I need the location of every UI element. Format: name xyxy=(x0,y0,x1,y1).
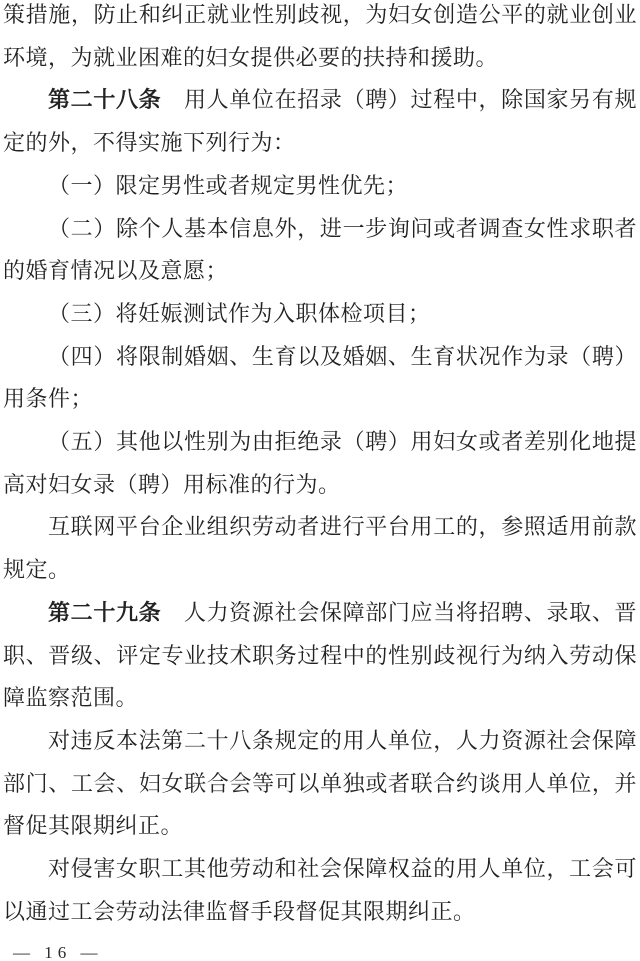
text-segment: 高对妇女录（聘）用标准的行为。 xyxy=(3,472,341,497)
text-line: （三）将妊娠测试作为入职体检项目； xyxy=(3,293,637,336)
text-line: 对违反本法第二十八条规定的用人单位，人力资源社会保障 xyxy=(3,720,637,763)
text-segment: 部门、工会、妇女联合会等可以单独或者联合约谈用人单位，并 xyxy=(3,771,637,796)
text-segment: 人力资源社会保障部门应当将招聘、录取、晋 xyxy=(161,600,637,625)
text-segment: 督促其限期纠正。 xyxy=(3,813,183,838)
text-line: 督促其限期纠正。 xyxy=(3,805,637,848)
article-number-heading: 第二十八条 xyxy=(48,87,161,112)
text-segment: 以通过工会劳动法律监督手段督促其限期纠正。 xyxy=(3,899,476,924)
text-segment: （五）其他以性别为由拒绝录（聘）用妇女或者差别化地提 xyxy=(48,429,637,454)
text-line: 第二十八条 用人单位在招录（聘）过程中，除国家另有规 xyxy=(3,79,637,122)
text-segment: 策措施，防止和纠正就业性别歧视，为妇女创造公平的就业创业 xyxy=(3,2,637,27)
text-segment: （四）将限制婚姻、生育以及婚姻、生育状况作为录（聘） xyxy=(48,344,637,369)
text-segment: （一）限定男性或者规定男性优先； xyxy=(48,173,408,198)
text-segment: 定的外，不得实施下列行为： xyxy=(3,130,296,155)
text-line: （五）其他以性别为由拒绝录（聘）用妇女或者差别化地提 xyxy=(3,421,637,464)
text-segment: 互联网平台企业组织劳动者进行平台用工的，参照适用前款 xyxy=(48,514,637,539)
text-segment: 规定。 xyxy=(3,557,71,582)
text-segment: （三）将妊娠测试作为入职体检项目； xyxy=(48,301,431,326)
text-segment: 对侵害女职工其他劳动和社会保障权益的用人单位，工会可 xyxy=(48,856,637,881)
text-line: 环境，为就业困难的妇女提供必要的扶持和援助。 xyxy=(3,37,637,80)
text-line: 对侵害女职工其他劳动和社会保障权益的用人单位，工会可 xyxy=(3,848,637,891)
text-line: 用条件； xyxy=(3,378,637,421)
text-line: （四）将限制婚姻、生育以及婚姻、生育状况作为录（聘） xyxy=(3,336,637,379)
text-segment: 的婚育情况以及意愿； xyxy=(3,258,228,283)
document-body: 策措施，防止和纠正就业性别歧视，为妇女创造公平的就业创业环境，为就业困难的妇女提… xyxy=(3,0,637,933)
article-number-heading: 第二十九条 xyxy=(48,600,161,625)
text-line: 高对妇女录（聘）用标准的行为。 xyxy=(3,464,637,507)
text-segment: 对违反本法第二十八条规定的用人单位，人力资源社会保障 xyxy=(48,728,637,753)
text-segment: 职、晋级、评定专业技术职务过程中的性别歧视行为纳入劳动保 xyxy=(3,643,637,668)
text-line: 职、晋级、评定专业技术职务过程中的性别歧视行为纳入劳动保 xyxy=(3,635,637,678)
text-line: 第二十九条 人力资源社会保障部门应当将招聘、录取、晋 xyxy=(3,592,637,635)
text-line: 定的外，不得实施下列行为： xyxy=(3,122,637,165)
text-segment: 用人单位在招录（聘）过程中，除国家另有规 xyxy=(161,87,637,112)
text-segment: 用条件； xyxy=(3,386,93,411)
text-line: （二）除个人基本信息外，进一步询问或者调查女性求职者 xyxy=(3,208,637,251)
text-line: 规定。 xyxy=(3,549,637,592)
page-number: — 16 — xyxy=(13,946,103,960)
text-line: 部门、工会、妇女联合会等可以单独或者联合约谈用人单位，并 xyxy=(3,763,637,806)
text-line: 的婚育情况以及意愿； xyxy=(3,250,637,293)
text-line: 以通过工会劳动法律监督手段督促其限期纠正。 xyxy=(3,891,637,934)
text-line: （一）限定男性或者规定男性优先； xyxy=(3,165,637,208)
text-segment: 环境，为就业困难的妇女提供必要的扶持和援助。 xyxy=(3,45,498,70)
text-line: 策措施，防止和纠正就业性别歧视，为妇女创造公平的就业创业 xyxy=(3,0,637,37)
text-line: 互联网平台企业组织劳动者进行平台用工的，参照适用前款 xyxy=(3,506,637,549)
text-line: 障监察范围。 xyxy=(3,677,637,720)
text-segment: （二）除个人基本信息外，进一步询问或者调查女性求职者 xyxy=(48,216,637,241)
text-segment: 障监察范围。 xyxy=(3,685,138,710)
